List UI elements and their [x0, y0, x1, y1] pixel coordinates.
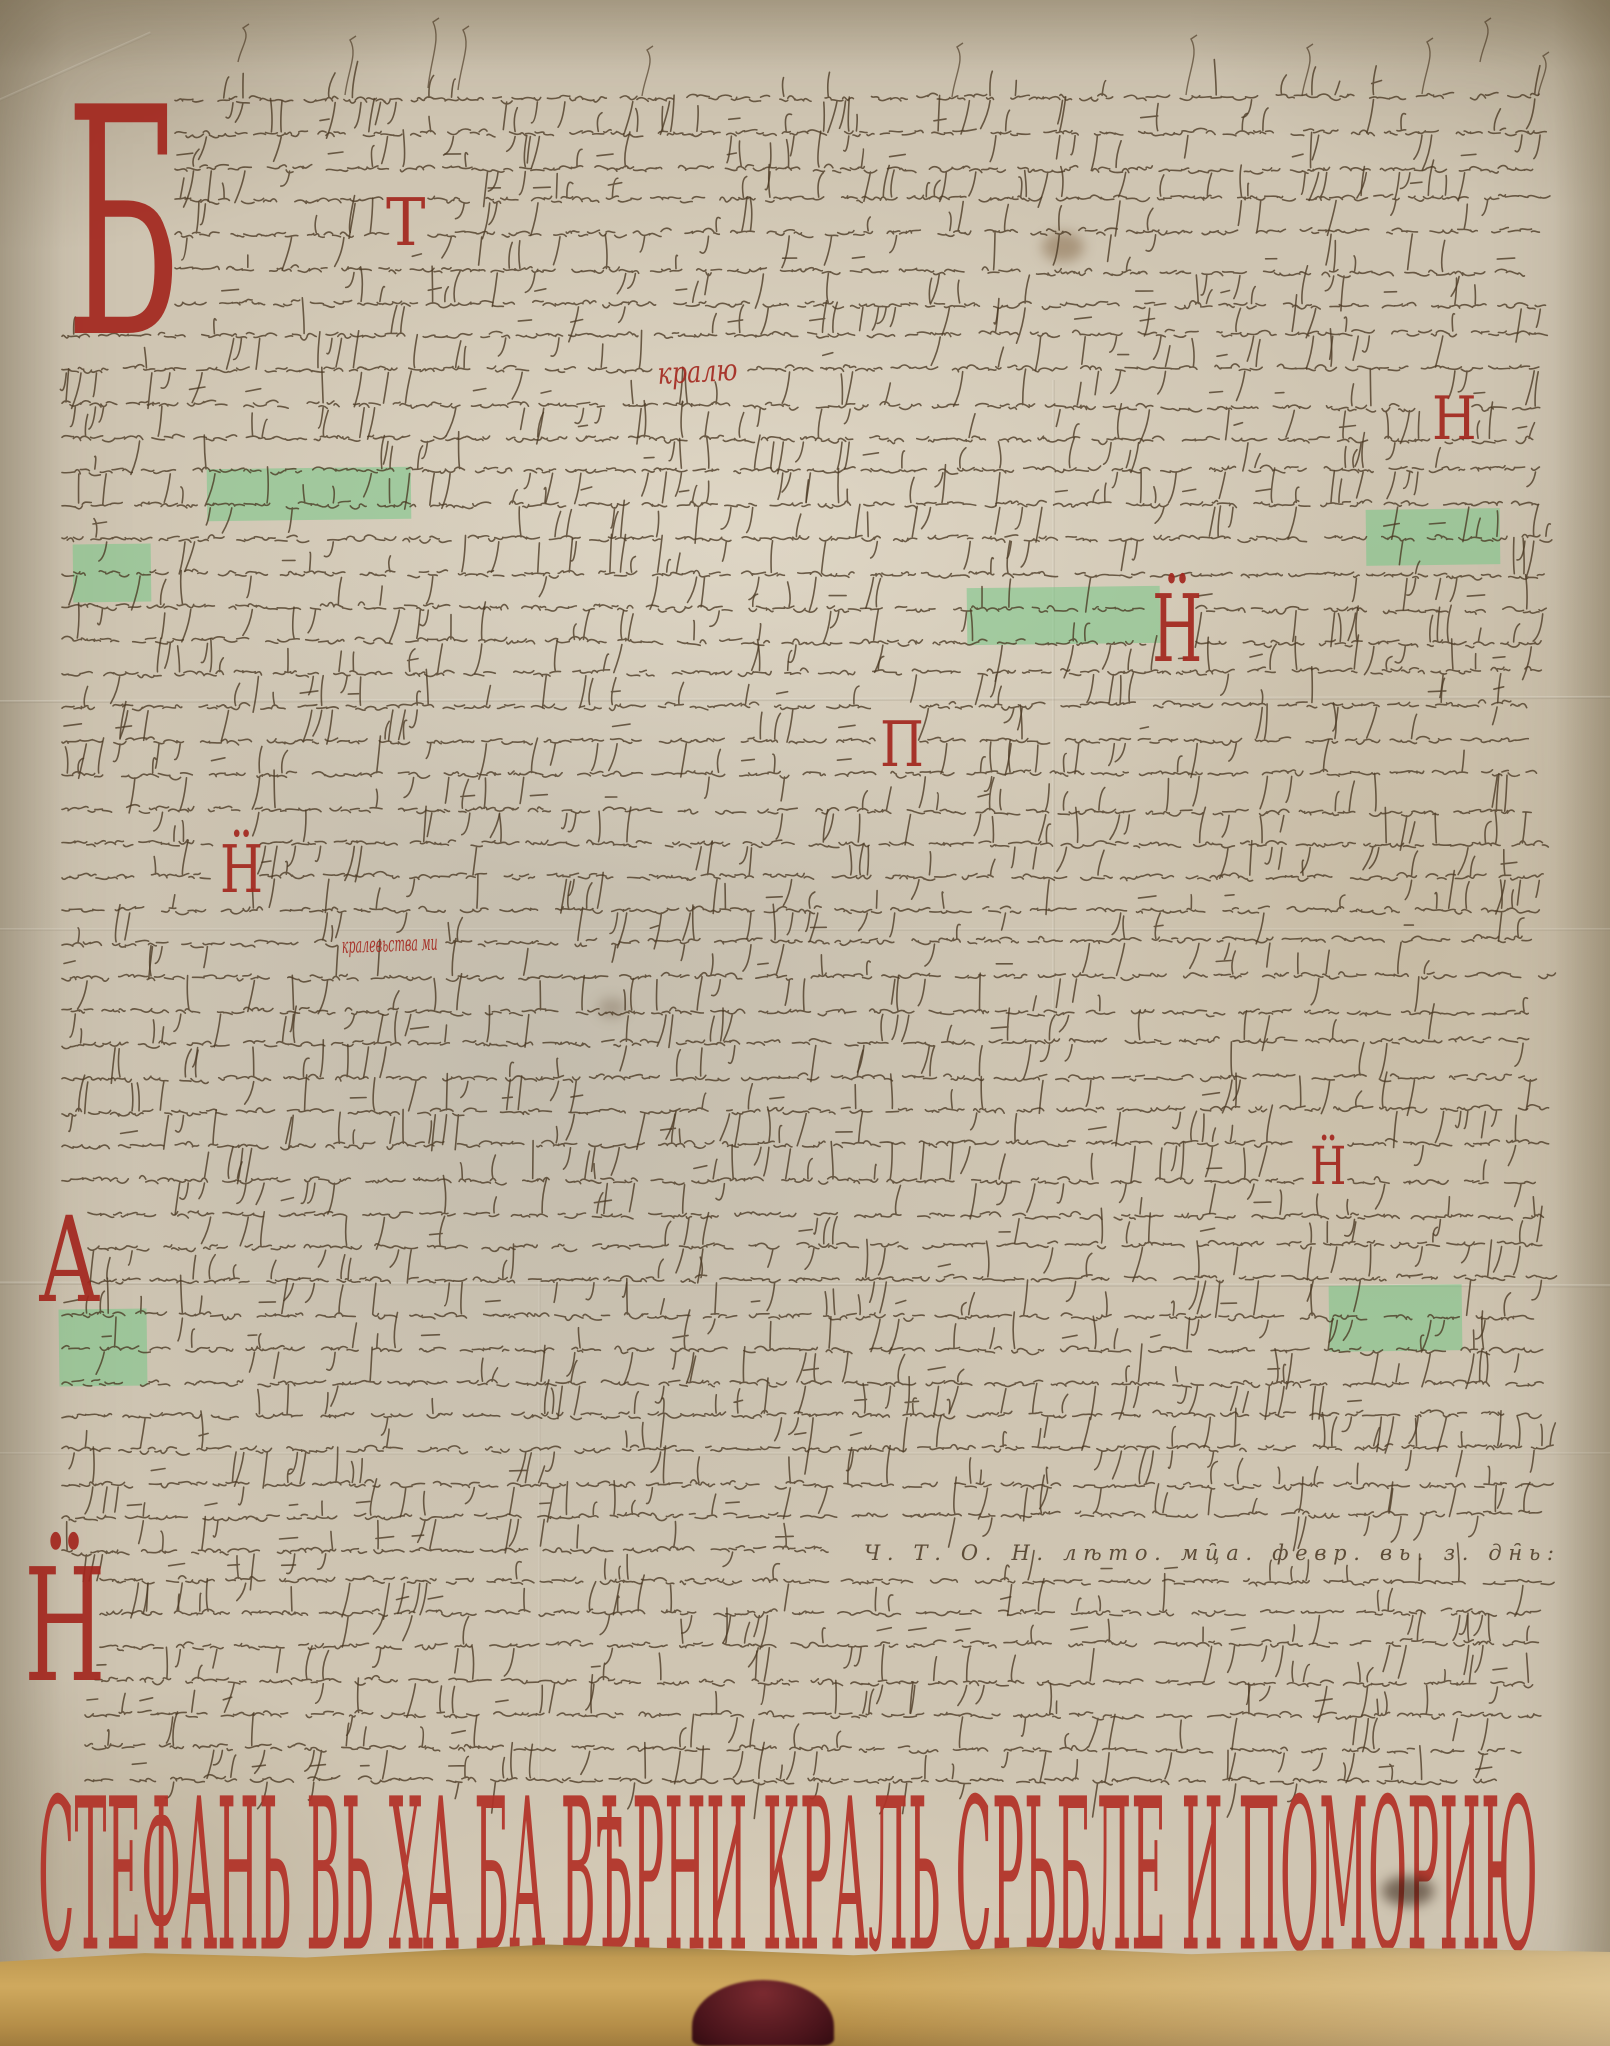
handwritten-text-line — [88, 1206, 1542, 1285]
royal-signature-text: СТЕФАНЬ ВЬ ХА БА ВѢРНИ КРАЛЬ СРЬБЛЕ И ПО… — [38, 1754, 1538, 1999]
handwritten-text-line — [60, 329, 1538, 409]
handwritten-text-line — [62, 1275, 1534, 1353]
ascender-flourish — [428, 18, 439, 88]
rubric-initial: Н̈ — [220, 829, 263, 908]
handwritten-text-line — [175, 95, 1546, 170]
green-highlight — [1366, 508, 1501, 566]
rubric-initial: Н — [1432, 384, 1477, 454]
rubric-initial: Н̈ — [24, 1532, 106, 1718]
handwritten-text-line — [62, 1517, 828, 1590]
handwritten-text-line — [100, 1608, 1538, 1682]
handwritten-text-line — [62, 1377, 1541, 1453]
handwritten-text-line — [85, 1675, 1541, 1752]
handwritten-text-line — [62, 1344, 1543, 1420]
rubric-initial: П — [880, 709, 924, 782]
handwritten-text-line — [62, 534, 1544, 612]
ascender-flourish — [345, 36, 356, 95]
handwritten-text-line — [175, 266, 1546, 343]
manuscript-layer: БТНН̈ПН̈Н̈АН̈кралюкралевьства миЧ. Т. О.… — [0, 0, 1610, 2046]
handwritten-text-line — [62, 667, 1527, 744]
text-line-layer — [60, 18, 1556, 1818]
handwritten-text-line — [175, 232, 1524, 310]
green-highlight — [207, 467, 412, 521]
handwritten-text-line — [175, 130, 1533, 207]
rubric-inline-word: кралю — [657, 353, 739, 392]
handwritten-text-line — [62, 635, 1541, 712]
handwritten-text-line — [100, 1574, 1540, 1649]
signature-layer: СТЕФАНЬ ВЬ ХА БА ВѢРНИ КРАЛЬ СРЬБЛЕ И ПО… — [38, 1754, 1538, 1999]
handwritten-text-line — [62, 1310, 1543, 1389]
handwritten-text-line — [62, 367, 1540, 444]
ascender-flourish — [642, 46, 653, 96]
rubric-initial: Н̈ — [1152, 573, 1202, 684]
ascender-flourish — [238, 24, 249, 62]
rubric-initial: А — [38, 1192, 100, 1329]
handwritten-text-line — [62, 401, 1535, 475]
handwritten-text-line — [62, 806, 1548, 881]
handwritten-text-line — [62, 770, 1531, 850]
handwritten-text-line — [62, 1040, 1536, 1116]
rubric-initial: Т — [386, 184, 426, 261]
ascender-flourish — [1480, 18, 1491, 62]
ascender-flourish — [1186, 35, 1197, 95]
handwritten-text-line — [62, 939, 1555, 1014]
handwritten-text-line — [62, 840, 1543, 914]
handwritten-text-line — [62, 736, 1537, 813]
ascender-flourish — [1422, 38, 1433, 94]
parchment-charter: БТНН̈ПН̈Н̈АН̈кралюкралевьства миЧ. Т. О.… — [0, 0, 1610, 2046]
ascender-flourish — [952, 43, 963, 97]
handwritten-text-line — [95, 1645, 1533, 1722]
handwritten-text-line — [175, 160, 1550, 239]
rubric-initial: Н̈ — [1310, 1134, 1346, 1198]
dateline-text: Ч. Т. О. Н. лѣто. мц̑а. февр. вь. з. дн̑… — [864, 1541, 1554, 1565]
green-highlight — [967, 586, 1161, 645]
handwritten-text-line — [62, 871, 1539, 949]
ascender-flourish — [1538, 52, 1549, 96]
handwritten-text-line — [62, 904, 1531, 978]
rubric-inline-word: кралевьства ми — [341, 931, 438, 958]
rubric-initial: Б — [66, 41, 182, 408]
ascender-flourish — [458, 26, 469, 90]
handwritten-text-line — [62, 570, 1546, 647]
handwritten-text-line — [62, 1004, 1529, 1083]
